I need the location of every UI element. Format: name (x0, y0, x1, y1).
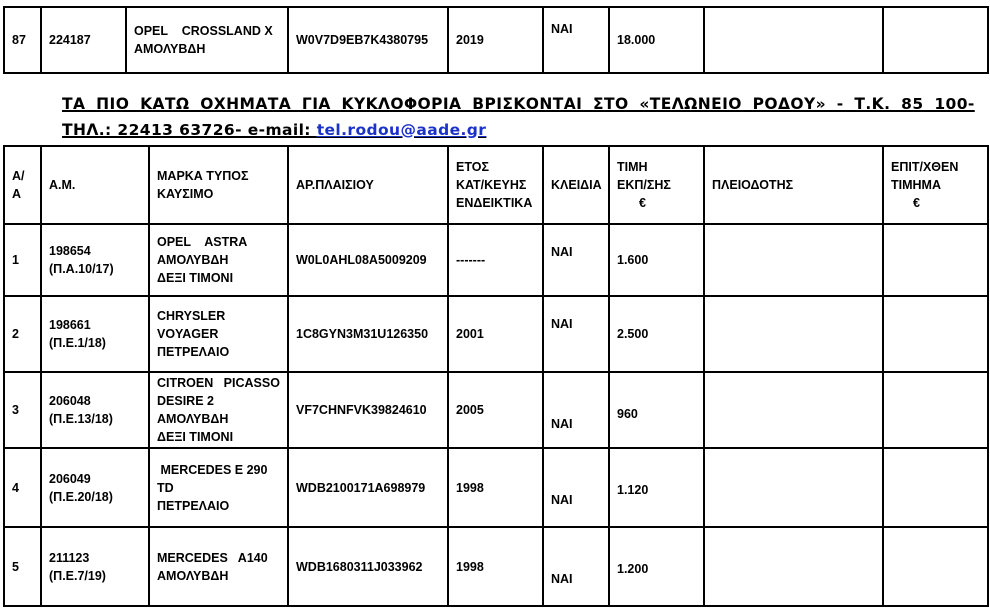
cell-make: MERCEDES A140ΑΜΟΛΥΒΔΗ (149, 527, 288, 606)
cell-year: 1998 (448, 527, 543, 606)
cell-keys: ΝΑΙ (543, 372, 609, 448)
header-year: ΕΤΟΣ ΚΑΤ/ΚΕΥΗΣ ΕΝΔΕΙΚΤΙΚΑ (448, 146, 543, 224)
table-row: 1198654(Π.Α.10/17)OPEL ASTRAΑΜΟΛΥΒΔΗΔΕΞΙ… (4, 224, 988, 296)
cell-aa: 1 (4, 224, 41, 296)
cell-bidder[interactable] (704, 448, 883, 527)
header-chassis: ΑΡ.ΠΛΑΙΣΙΟΥ (288, 146, 448, 224)
cell-year: ------- (448, 224, 543, 296)
cell-chassis: 1C8GYN3M31U126350 (288, 296, 448, 372)
cell-am: 206048(Π.Ε.13/18) (41, 372, 149, 448)
cell-chassis: WDB1680311J033962 (288, 527, 448, 606)
table-row: 5211123(Π.Ε.7/19)MERCEDES A140ΑΜΟΛΥΒΔΗWD… (4, 527, 988, 606)
cell-am: 206049(Π.Ε.20/18) (41, 448, 149, 527)
cell-price: 1.120 (609, 448, 704, 527)
cell-year: 2019 (448, 7, 543, 73)
cell-chassis: WDB2100171A698979 (288, 448, 448, 527)
cell-aa: 5 (4, 527, 41, 606)
cell-chassis: W0L0AHL08A5009209 (288, 224, 448, 296)
cell-make: OPEL CROSSLAND X ΑΜΟΛΥΒΔΗ (126, 7, 288, 73)
header-aa: Α/ Α (4, 146, 41, 224)
table-row: 2198661(Π.Ε.1/18)CHRYSLERVOYAGERΠΕΤΡΕΛΑΙ… (4, 296, 988, 372)
header-price: ΤΙΜΗ ΕΚΠ/ΣΗΣ € (609, 146, 704, 224)
contact-line: ΤΗΛ.: 22413 63726- e-mail: tel.rodou@aad… (62, 121, 486, 139)
cell-make: CHRYSLERVOYAGERΠΕΤΡΕΛΑΙΟ (149, 296, 288, 372)
cell-keys: ΝΑΙ (543, 296, 609, 372)
table-row: 87 224187 OPEL CROSSLAND X ΑΜΟΛΥΒΔΗ W0V7… (4, 7, 988, 73)
table-row: 3206048(Π.Ε.13/18)CITROEN PICASSODESIRE … (4, 372, 988, 448)
cell-aa: 3 (4, 372, 41, 448)
cell-make: CITROEN PICASSODESIRE 2ΑΜΟΛΥΒΔΗΔΕΞΙ ΤΙΜΟ… (149, 372, 288, 448)
cell-bidder[interactable] (704, 372, 883, 448)
header-make: ΜΑΡΚΑ ΤΥΠΟΣ ΚΑΥΣΙΜΟ (149, 146, 288, 224)
cell-awarded-price[interactable] (883, 7, 988, 73)
cell-price: 2.500 (609, 296, 704, 372)
cell-keys: ΝΑΙ (543, 527, 609, 606)
cell-am: 211123(Π.Ε.7/19) (41, 527, 149, 606)
cell-price: 18.000 (609, 7, 704, 73)
cell-keys: ΝΑΙ (543, 448, 609, 527)
cell-bidder[interactable] (704, 224, 883, 296)
cell-make: MERCEDES E 290TDΠΕΤΡΕΛΑΙΟ (149, 448, 288, 527)
previous-vehicle-table: 87 224187 OPEL CROSSLAND X ΑΜΟΛΥΒΔΗ W0V7… (3, 6, 989, 74)
vehicles-table: Α/ Α Α.Μ. ΜΑΡΚΑ ΤΥΠΟΣ ΚΑΥΣΙΜΟ ΑΡ.ΠΛΑΙΣΙΟ… (3, 145, 989, 607)
cell-bidder[interactable] (704, 527, 883, 606)
cell-awarded-price[interactable] (883, 296, 988, 372)
cell-aa: 87 (4, 7, 41, 73)
email-link[interactable]: tel.rodou@aade.gr (317, 121, 487, 139)
cell-year: 1998 (448, 448, 543, 527)
phone-text: ΤΗΛ.: 22413 63726- e-mail: (62, 121, 317, 139)
header-keys: ΚΛΕΙΔΙΑ (543, 146, 609, 224)
cell-am: 198661(Π.Ε.1/18) (41, 296, 149, 372)
cell-awarded-price[interactable] (883, 448, 988, 527)
header-am: Α.Μ. (41, 146, 149, 224)
cell-year: 2001 (448, 296, 543, 372)
cell-awarded-price[interactable] (883, 527, 988, 606)
cell-price: 1.200 (609, 527, 704, 606)
table-row: 4206049(Π.Ε.20/18) MERCEDES E 290TDΠΕΤΡΕ… (4, 448, 988, 527)
header-awarded: ΕΠΙΤ/ΧΘΕΝ ΤΙΜΗΜΑ € (883, 146, 988, 224)
cell-price: 960 (609, 372, 704, 448)
cell-keys: ΝΑΙ (543, 224, 609, 296)
location-notice: ΤΑ ΠΙΟ ΚΑΤΩ ΟΧΗΜΑΤΑ ΓΙΑ ΚΥΚΛΟΦΟΡΙΑ ΒΡΙΣΚ… (62, 95, 975, 113)
cell-price: 1.600 (609, 224, 704, 296)
cell-chassis: W0V7D9EB7K4380795 (288, 7, 448, 73)
header-bidder: ΠΛΕΙΟΔΟΤΗΣ (704, 146, 883, 224)
table-header-row: Α/ Α Α.Μ. ΜΑΡΚΑ ΤΥΠΟΣ ΚΑΥΣΙΜΟ ΑΡ.ΠΛΑΙΣΙΟ… (4, 146, 988, 224)
cell-awarded-price[interactable] (883, 372, 988, 448)
cell-bidder[interactable] (704, 7, 883, 73)
cell-chassis: VF7CHNFVK39824610 (288, 372, 448, 448)
cell-am: 198654(Π.Α.10/17) (41, 224, 149, 296)
cell-aa: 2 (4, 296, 41, 372)
cell-am: 224187 (41, 7, 126, 73)
cell-awarded-price[interactable] (883, 224, 988, 296)
cell-aa: 4 (4, 448, 41, 527)
cell-make: OPEL ASTRAΑΜΟΛΥΒΔΗΔΕΞΙ ΤΙΜΟΝΙ (149, 224, 288, 296)
cell-keys: ΝΑΙ (543, 7, 609, 73)
cell-year: 2005 (448, 372, 543, 448)
cell-bidder[interactable] (704, 296, 883, 372)
